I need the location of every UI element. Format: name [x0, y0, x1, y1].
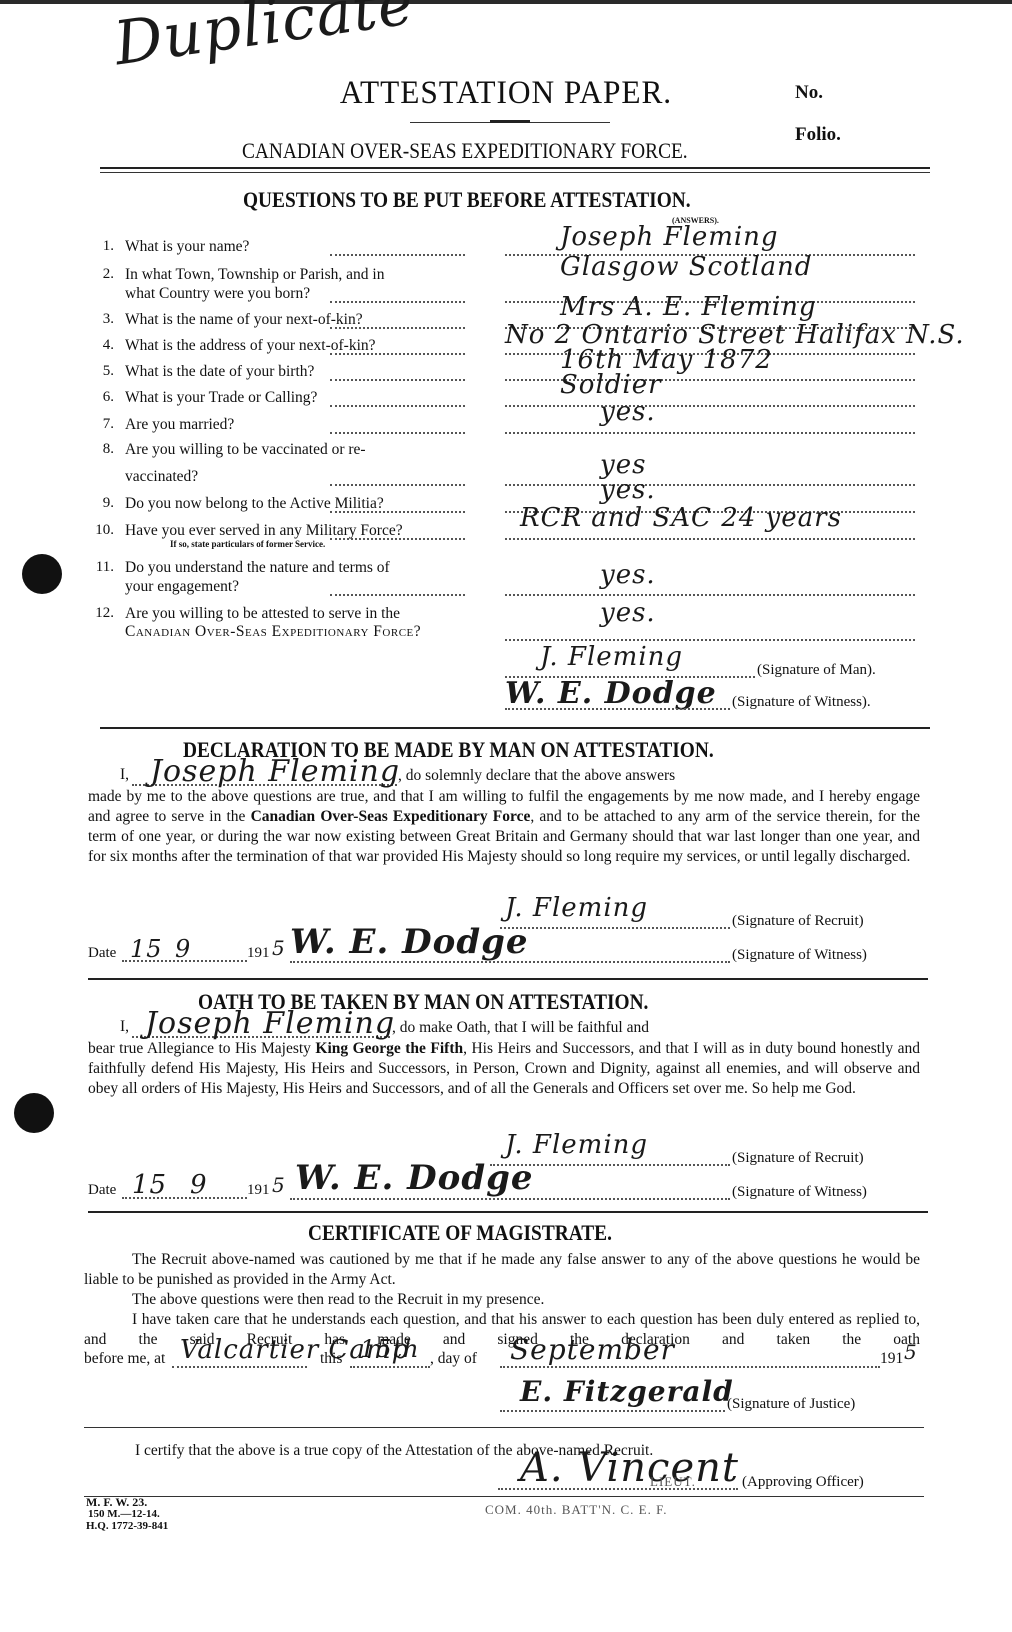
oath-signature-witness: W. E. Dodge	[295, 1158, 534, 1198]
signature-of-justice: E. Fitzgerald	[520, 1375, 734, 1408]
question-number: 3.	[88, 311, 114, 328]
justice-label: (Signature of Justice)	[727, 1396, 855, 1413]
justice-line	[500, 1410, 725, 1412]
unit-stamp: COM. 40th. BATT'N. C. E. F.	[485, 1502, 668, 1518]
punch-hole-lower	[14, 1093, 54, 1133]
question-leader-dots	[330, 432, 465, 434]
magistrate-day: 15th	[360, 1335, 420, 1363]
question-number: 2.	[88, 266, 114, 283]
folio-label: Folio.	[795, 124, 841, 146]
decl-year-prefix: 191	[247, 945, 270, 962]
question-text: Are you willing to be attested to serve …	[125, 605, 400, 623]
magistrate-year-prefix: 191	[880, 1350, 903, 1368]
decl-date-label: Date	[88, 945, 116, 962]
answer-line	[505, 432, 915, 434]
declaration-lead-text: , do solemnly declare that the above ans…	[398, 767, 675, 785]
magistrate-para-1: The Recruit above-named was cautioned by…	[84, 1250, 920, 1290]
oath-body-king: King George the Fifth	[315, 1040, 463, 1057]
form-number: M. F. W. 23.	[86, 1496, 168, 1508]
question-number: 9.	[88, 495, 114, 512]
form-footer: M. F. W. 23. 150 M.—12-14. H.Q. 1772-39-…	[86, 1496, 168, 1532]
question-text: In what Town, Township or Parish, and in	[125, 266, 384, 284]
sig-witness-label: (Signature of Witness).	[732, 694, 871, 711]
decl-recruit-label: (Signature of Recruit)	[732, 913, 864, 930]
answer-value: Joseph Fleming	[560, 222, 779, 252]
declaration-lead: I,	[120, 766, 129, 784]
question-leader-dots	[330, 301, 465, 303]
decl-date-day: 15	[130, 935, 163, 963]
question-leader-dots	[330, 379, 465, 381]
question-leader-dots	[330, 511, 465, 513]
approving-officer-signature: A. Vincent	[520, 1445, 739, 1491]
answer-line	[505, 594, 915, 596]
oath-lead-text: , do make Oath, that I will be faithful …	[392, 1019, 649, 1037]
oath-recruit-label: (Signature of Recruit)	[732, 1150, 864, 1167]
oath-year-suffix: 5	[272, 1173, 286, 1197]
decl-witness-label: (Signature of Witness)	[732, 947, 867, 964]
oath-body: bear true Allegiance to His Majesty King…	[88, 1039, 920, 1099]
duplicate-annotation: Duplicate	[110, 0, 418, 79]
number-label: No.	[795, 82, 823, 104]
officer-line	[498, 1488, 738, 1490]
question-text-continued: Canadian Over-Seas Expeditionary Force?	[125, 623, 421, 641]
question-number: 12.	[88, 605, 114, 622]
question-leader-dots	[330, 594, 465, 596]
question-leader-dots	[330, 327, 465, 329]
question-text: What is your Trade or Calling?	[125, 389, 317, 407]
question-leader-dots	[330, 538, 465, 540]
oath-date-month: 9	[190, 1170, 208, 1200]
magistrate-heading: CERTIFICATE OF MAGISTRATE.	[308, 1220, 612, 1246]
question-text: What is the name of your next-of-kin?	[125, 311, 363, 329]
decl-signature-witness: W. E. Dodge	[290, 922, 529, 962]
decl-year-suffix: 5	[272, 936, 286, 960]
document-title: ATTESTATION PAPER.	[25, 75, 986, 112]
oath-name: Joseph Fleming	[145, 1006, 395, 1041]
magistrate-para-2: The above questions were then read to th…	[84, 1290, 920, 1310]
month-line	[500, 1366, 880, 1368]
question-note: If so, state particulars of former Servi…	[170, 539, 325, 549]
oath-signature-recruit: J. Fleming	[505, 1130, 648, 1160]
declaration-name: Joseph Fleming	[150, 754, 400, 789]
day-line	[350, 1366, 430, 1368]
decl-date-month: 9	[175, 935, 191, 963]
this-label: this	[320, 1350, 342, 1368]
magistrate-year-suffix: 5	[904, 1340, 918, 1364]
question-number: 7.	[88, 416, 114, 433]
question-number: 10.	[88, 522, 114, 539]
section-rule-4	[84, 1427, 924, 1428]
question-number: 6.	[88, 389, 114, 406]
answer-value: Mrs A. E. Fleming	[560, 292, 817, 322]
before-me-label: before me, at	[84, 1350, 165, 1368]
hq-reference: H.Q. 1772-39-841	[86, 1520, 168, 1532]
answer-line	[505, 405, 915, 407]
place-line	[172, 1366, 307, 1368]
question-leader-dots	[330, 484, 465, 486]
answer-value: yes.	[600, 560, 656, 590]
sig-witness-line	[505, 708, 730, 710]
section-rule-2	[88, 978, 928, 980]
answer-line	[505, 639, 915, 641]
answer-value: Glasgow Scotland	[560, 252, 812, 282]
question-text-continued: what Country were you born?	[125, 285, 310, 303]
day-of-label: , day of	[430, 1350, 477, 1368]
answer-line	[505, 538, 915, 540]
answer-value: yes.	[600, 397, 656, 427]
declaration-body: made by me to the above questions are tr…	[88, 787, 920, 867]
declaration-signature-recruit: J. Fleming	[505, 893, 648, 923]
oath-lead: I,	[120, 1018, 129, 1036]
punch-hole-upper	[22, 554, 62, 594]
question-text: What is your name?	[125, 238, 249, 256]
decl-recruit-line	[500, 927, 730, 929]
oath-body-part1: bear true Allegiance to His Majesty	[88, 1040, 315, 1057]
question-number: 1.	[88, 238, 114, 255]
section-rule-5	[84, 1496, 924, 1497]
question-leader-dots	[330, 254, 465, 256]
oath-witness-label: (Signature of Witness)	[732, 1184, 867, 1201]
oath-witness-line	[290, 1198, 730, 1200]
question-text: Do you understand the nature and terms o…	[125, 559, 390, 577]
sig-man-label: (Signature of Man).	[757, 662, 876, 679]
header-rule-2	[100, 172, 930, 173]
question-text: Are you willing to be vaccinated or re-	[125, 441, 366, 459]
question-leader-dots	[330, 353, 465, 355]
signature-of-witness: W. E. Dodge	[505, 676, 717, 711]
question-number: 11.	[88, 559, 114, 576]
question-number: 5.	[88, 363, 114, 380]
signature-of-man: J. Fleming	[540, 642, 683, 672]
question-number: 4.	[88, 337, 114, 354]
answer-value: yes.	[600, 598, 656, 628]
question-leader-dots	[330, 405, 465, 407]
print-run: 150 M.—12-14.	[86, 1508, 168, 1520]
header-rule	[100, 167, 930, 169]
section-rule-1	[100, 727, 930, 729]
oath-date-day: 15	[132, 1170, 167, 1200]
answer-value: yes.	[600, 475, 656, 505]
force-subtitle: CANADIAN OVER-SEAS EXPEDITIONARY FORCE.	[242, 138, 688, 164]
decl-witness-line	[290, 961, 730, 963]
answer-value: RCR and SAC 24 years	[520, 503, 842, 533]
section-rule-3	[88, 1211, 928, 1213]
question-text: Are you married?	[125, 416, 234, 434]
question-number: 8.	[88, 441, 114, 458]
oath-date-label: Date	[88, 1182, 116, 1199]
rank-stamp: LIEUT.	[650, 1474, 696, 1490]
declaration-body-force: Canadian Over-Seas Expeditionary Force	[251, 808, 531, 825]
magistrate-month: September	[510, 1333, 675, 1366]
answer-value: Soldier	[560, 370, 662, 400]
question-text-continued: your engagement?	[125, 578, 239, 596]
questions-heading: QUESTIONS TO BE PUT BEFORE ATTESTATION.	[243, 187, 691, 213]
question-text: What is the date of your birth?	[125, 363, 314, 381]
title-underline-accent	[490, 120, 530, 123]
approving-officer-label: (Approving Officer)	[742, 1474, 864, 1491]
answer-line	[505, 484, 915, 486]
question-text-continued: vaccinated?	[125, 468, 198, 486]
oath-year-prefix: 191	[247, 1182, 270, 1199]
